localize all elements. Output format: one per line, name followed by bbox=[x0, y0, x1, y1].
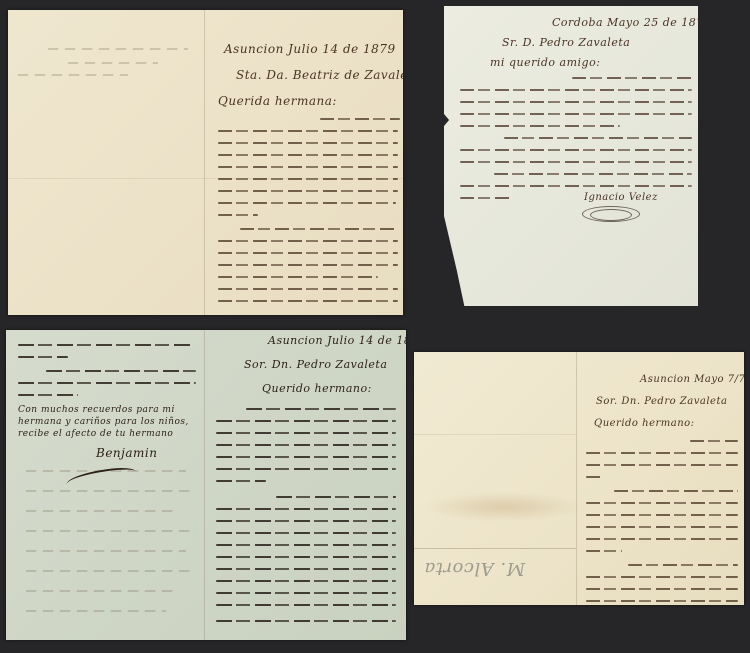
salutation: Querido hermano: bbox=[262, 382, 372, 395]
bleed-through-text bbox=[18, 74, 128, 76]
salutation: Querida hermana: bbox=[218, 94, 337, 108]
addressee: Sor. Dn. Pedro Zavaleta bbox=[244, 358, 387, 371]
signature: Benjamin bbox=[96, 446, 157, 460]
date-line: Asuncion Mayo 7/78 bbox=[640, 374, 744, 385]
center-fold bbox=[204, 10, 205, 315]
addressee: Sor. Dn. Pedro Zavaleta bbox=[596, 396, 727, 407]
salutation: Querido hermano: bbox=[594, 418, 695, 429]
date-line: Asuncion Julio 14 de 1879 bbox=[224, 42, 396, 56]
date-line: Asuncion Julio 14 de 1877 bbox=[268, 334, 406, 347]
letter-top-left: Asuncion Julio 14 de 1879 Sta. Da. Beatr… bbox=[8, 10, 403, 315]
center-fold bbox=[576, 352, 577, 605]
bleed-through-text bbox=[68, 62, 158, 64]
addressee: Sta. Da. Beatriz de Zavaleta bbox=[236, 68, 403, 82]
date-line: Cordoba Mayo 25 de 1874 bbox=[552, 16, 698, 29]
letter-bottom-left: Con muchos recuerdos para mi hermana y c… bbox=[6, 330, 406, 640]
center-fold bbox=[204, 330, 205, 640]
pencil-signature: M. Alcorta bbox=[424, 558, 525, 579]
bleed-through-text bbox=[48, 48, 188, 50]
salutation: mi querido amigo: bbox=[490, 56, 600, 69]
addressee: Sr. D. Pedro Zavaleta bbox=[502, 36, 630, 49]
closing: Con muchos recuerdos para mi hermana y c… bbox=[18, 404, 198, 440]
signature-rubric bbox=[590, 209, 632, 221]
water-stain bbox=[424, 492, 584, 522]
letter-bottom-right: M. Alcorta Asuncion Mayo 7/78 Sor. Dn. P… bbox=[414, 352, 744, 605]
letter-top-right: Cordoba Mayo 25 de 1874 Sr. D. Pedro Zav… bbox=[444, 6, 698, 306]
signature: Ignacio Velez bbox=[584, 192, 658, 203]
